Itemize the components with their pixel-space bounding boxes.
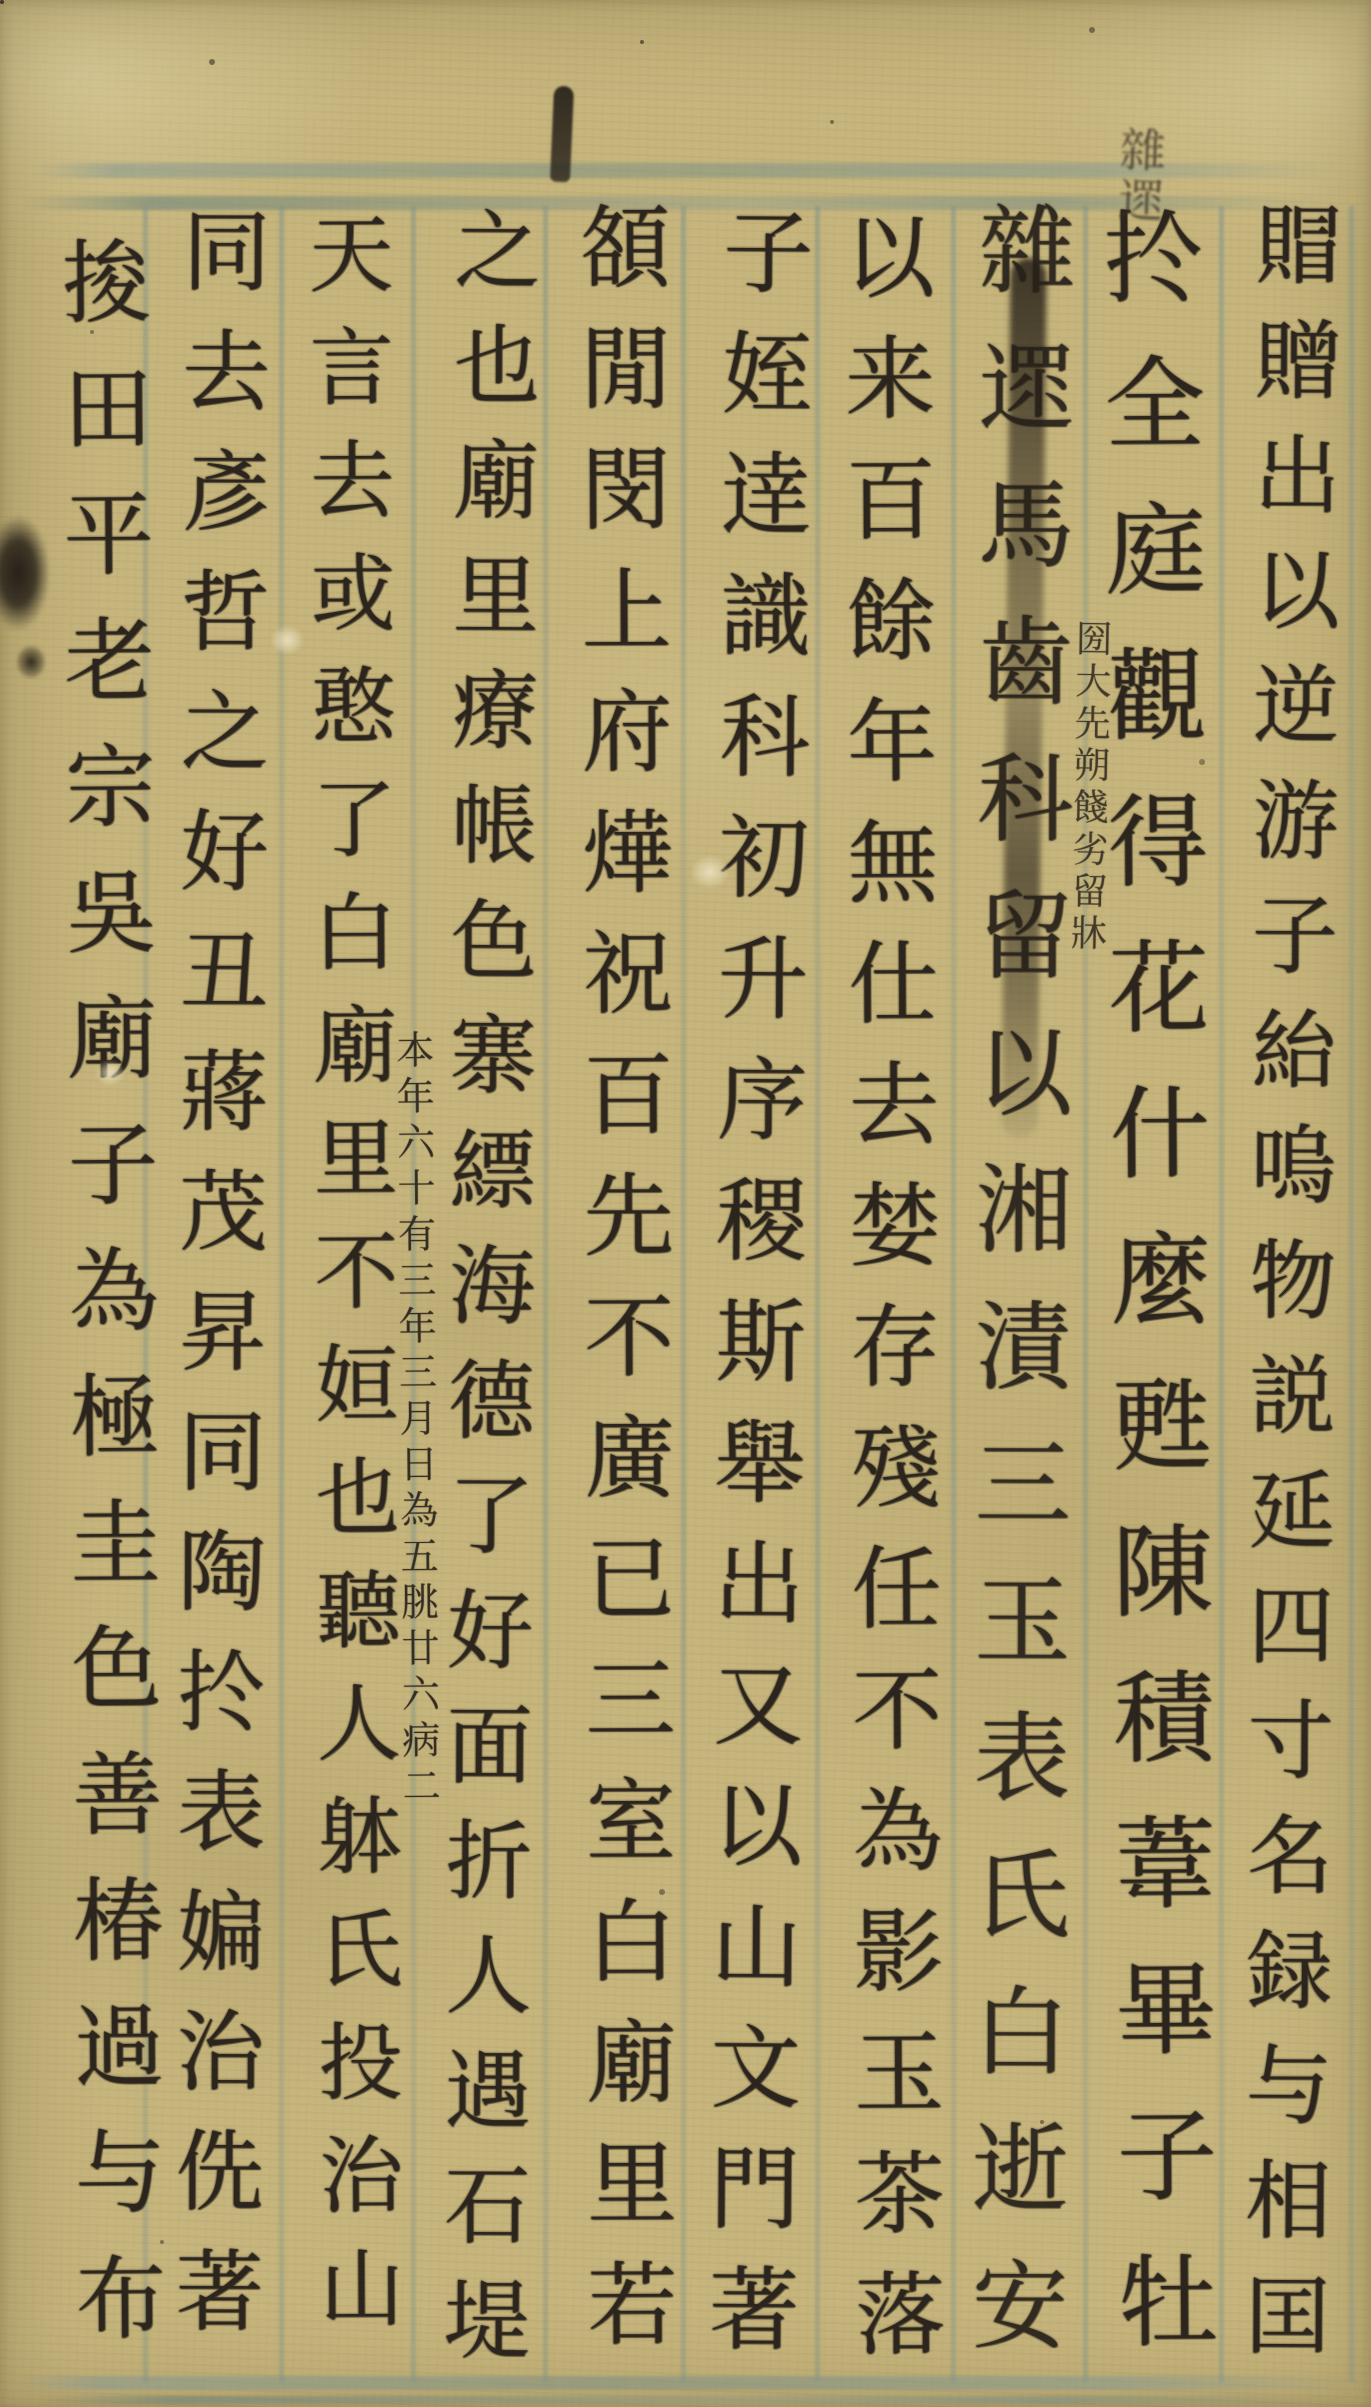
column-rule-5 <box>681 206 686 2382</box>
bottom-ruling-line-2 <box>40 2396 1340 2404</box>
top-edge-ink-mark <box>550 86 574 183</box>
column-rule-10 <box>1349 206 1354 2382</box>
paper-pale-spot-1 <box>270 625 304 655</box>
calligraphy-column-2: 扵全庭觀得花什麼甦陳積葦畢子牡 <box>1094 205 1209 2396</box>
column-rule-7 <box>951 206 956 2382</box>
left-edge-ink-blot-large <box>0 515 50 631</box>
calligraphy-column-4: 以来百餘年無仕去婪存殘任不為影玉茶落 <box>835 210 936 2388</box>
paper-pale-spot-3 <box>95 1060 125 1086</box>
calligraphy-column-7: 之也廟里療帳色寨縹海德了好面折人遇石堤 <box>435 205 532 2390</box>
column-rule-4 <box>543 206 548 2382</box>
column-rule-2 <box>279 206 284 2382</box>
calligraphy-column-6: 頟閒閔上府燁祝百先不廣已三室白廟里若 <box>571 200 669 2378</box>
calligraphy-column-5: 子姪逹識科初升序稷斯舉出又以山文門著 <box>699 205 804 2384</box>
calligraphy-column-8: 天言去或憨了白廟里不姮也聽人躰氏投治山 <box>302 210 397 2357</box>
column-3-side-note: 圀大先朔餞劣留牀 <box>1067 620 1109 957</box>
column-rule-6 <box>815 206 820 2382</box>
calligraphy-column-10: 捘田平老宗吳廟子為極圭色善椿過与布 <box>53 235 158 2378</box>
calligraphy-column-9: 同去彥哲之好丑蔣茂昇同陶扵表媥治侁著 <box>168 205 264 2365</box>
column-rule-8 <box>1083 206 1088 2382</box>
calligraphy-column-1: 賵贈出以逆游子紿嗚物説延四寸名録与相囯 <box>1236 200 1333 2385</box>
column-rule-9 <box>1219 206 1224 2382</box>
paper-pale-spot-2 <box>690 855 730 889</box>
paper-specks <box>0 0 4 4</box>
left-edge-ink-blot-small <box>16 645 46 679</box>
manuscript-sheet: 賵贈出以逆游子紿嗚物説延四寸名録与相囯 扵全庭觀得花什麼甦陳積葦畢子牡 雜遝馬齒… <box>0 0 1371 2407</box>
header-smudge-text: 雜遝 <box>1104 125 1173 227</box>
column-8-inset-note: 本年六十有三年三月日為五朓廿六病二 <box>393 1030 438 1812</box>
